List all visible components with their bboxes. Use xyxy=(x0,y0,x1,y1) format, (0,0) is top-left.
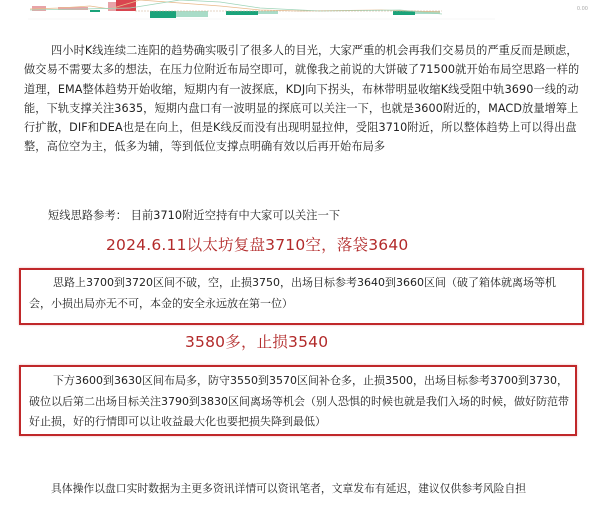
short-strategy-text: 思路上3700到3720区间不破，空，止损3750，出场目标参考3640到366… xyxy=(29,273,576,314)
macd-histogram xyxy=(0,0,600,22)
long-strategy-title: 3580多，止损3540 xyxy=(185,330,328,352)
long-strategy-box: 下方3600到3630区间布局多，防守3550到3570区间补仓多，止损3500… xyxy=(19,365,577,436)
chart-axis-label: 0.00 xyxy=(577,6,588,12)
disclaimer: 具体操作以盘口实时数据为主更多资讯详情可以资讯笔者，文章发布有延迟，建议仅供参考… xyxy=(51,481,526,496)
long-strategy-text: 下方3600到3630区间布局多，防守3550到3570区间补仓多，止损3500… xyxy=(29,371,569,433)
short-term-reference: 短线思路参考： 目前3710附近空持有中大家可以关注一下 xyxy=(48,206,340,225)
review-title: 2024.6.11以太坊复盘3710空，落袋3640 xyxy=(106,233,408,255)
analysis-paragraph: 四小时K线连续二连阳的趋势确实吸引了很多人的目光，大家严重的机会再我们交易员的严… xyxy=(24,41,582,157)
short-strategy-box: 思路上3700到3720区间不破，空，止损3750，出场目标参考3640到366… xyxy=(19,268,584,325)
macd-chart-strip: 0.00 xyxy=(0,0,600,22)
